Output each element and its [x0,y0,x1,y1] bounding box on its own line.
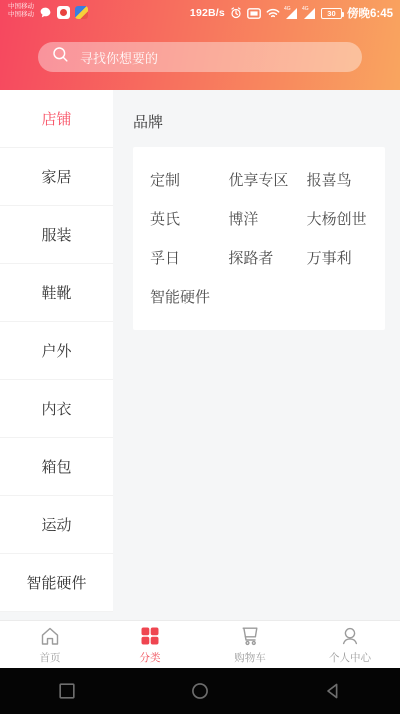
carrier-sim1: 中国移动 [8,3,34,11]
volte-icon [247,8,261,19]
status-bar: 中国移动 中国移动 192B/s [0,0,400,26]
section-title-brand: 品牌 [133,111,385,132]
brand-item[interactable]: 大杨创世 [307,199,385,238]
android-nav-bar [0,668,400,714]
brand-card: 定制 优享专区 报喜鸟 英氏 博洋 大杨创世 孚日 探路者 万事利 智能硬件 [133,147,385,330]
brand-item[interactable]: 探路者 [228,238,306,277]
status-right: 192B/s 4G [190,5,393,21]
notification-icons [39,6,88,19]
sidebar-item-shoes[interactable]: 鞋靴 [0,264,113,322]
clock-text: 傍晚6:45 [347,5,393,21]
gallery-notification-icon [75,6,88,19]
app-notification-icon [57,6,70,19]
brand-item[interactable]: 优享专区 [228,160,306,199]
sidebar-item-underwear[interactable]: 内衣 [0,380,113,438]
home-button[interactable] [133,668,266,714]
page-body: 店铺 家居 服装 鞋靴 户外 内衣 箱包 运动 智能硬件 品牌 定制 优享专区 … [0,90,400,620]
tab-label: 购物车 [234,650,266,665]
brand-item[interactable]: 定制 [150,160,228,199]
tab-label: 个人中心 [329,650,371,665]
battery-icon: 30 [321,8,342,19]
tab-cart[interactable]: 购物车 [200,621,300,668]
tab-label: 首页 [40,650,61,665]
bottom-tab-bar: 首页 分类 购物车 [0,620,400,668]
network-speed: 192B/s [190,7,225,19]
sidebar-item-smart-hardware[interactable]: 智能硬件 [0,554,113,612]
recents-button[interactable] [0,668,133,714]
alarm-icon [230,7,242,19]
sidebar-item-sports[interactable]: 运动 [0,496,113,554]
search-bar[interactable]: 寻找你想要的 [38,42,362,72]
tab-home[interactable]: 首页 [0,621,100,668]
cart-icon [238,624,262,648]
carrier-sim2: 中国移动 [8,11,34,19]
tab-label: 分类 [140,650,161,665]
tab-profile[interactable]: 个人中心 [300,621,400,668]
search-placeholder: 寻找你想要的 [80,48,158,67]
signal-sim1-icon: 4G [285,8,298,19]
brand-item[interactable]: 报喜鸟 [307,160,385,199]
sidebar-item-outdoor[interactable]: 户外 [0,322,113,380]
brand-item[interactable]: 万事利 [307,238,385,277]
content-panel: 品牌 定制 优享专区 报喜鸟 英氏 博洋 大杨创世 孚日 探路者 万事利 智能硬… [113,90,400,620]
category-sidebar: 店铺 家居 服装 鞋靴 户外 内衣 箱包 运动 智能硬件 [0,90,113,620]
brand-item[interactable]: 博洋 [228,199,306,238]
carrier-labels: 中国移动 中国移动 [8,3,34,19]
brand-grid: 定制 优享专区 报喜鸟 英氏 博洋 大杨创世 孚日 探路者 万事利 智能硬件 [150,160,385,316]
user-icon [338,624,362,648]
home-icon [38,624,62,648]
sidebar-item-clothing[interactable]: 服装 [0,206,113,264]
brand-item[interactable]: 英氏 [150,199,228,238]
sidebar-item-shop[interactable]: 店铺 [0,90,113,148]
back-button[interactable] [267,668,400,714]
tab-category[interactable]: 分类 [100,621,200,668]
wifi-icon [266,8,280,19]
chat-bubble-icon [39,6,52,19]
signal-sim2-icon: 4G [303,8,316,19]
battery-percent: 30 [327,9,335,18]
header: 中国移动 中国移动 192B/s [0,0,400,90]
status-left: 中国移动 中国移动 [8,2,88,19]
app-screen: 中国移动 中国移动 192B/s [0,0,400,714]
sidebar-item-bags[interactable]: 箱包 [0,438,113,496]
search-icon [51,45,70,69]
grid-icon [138,624,162,648]
brand-item[interactable]: 孚日 [150,238,228,277]
sidebar-item-home-goods[interactable]: 家居 [0,148,113,206]
brand-item[interactable]: 智能硬件 [150,277,228,316]
